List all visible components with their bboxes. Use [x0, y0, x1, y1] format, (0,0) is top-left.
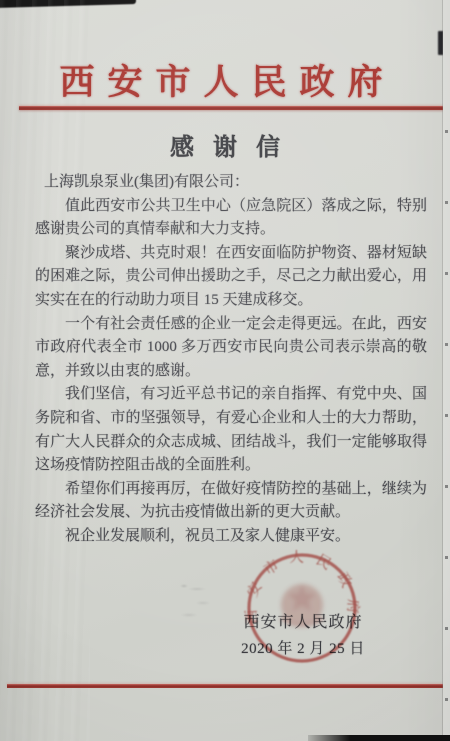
letter-paragraph: 希望你们再接再厉，在做好疫情防控的基础上，继续为经济社会发展、为抗击疫情做出新的… [35, 478, 427, 525]
photo-page-edge-right [442, 0, 450, 741]
national-emblem-icon [281, 584, 323, 626]
letter-paragraph: 一个有社会责任感的企业一定会走得更远。在此，西安市政府代表全市 1000 多万西… [35, 313, 427, 384]
letter-body-paragraphs: 值此西安市公共卫生中心（应急院区）落成之际，特别感谢贵公司的真情奉献和大力支持。… [35, 195, 427, 549]
recipient-line: 上海凯泉泵业(集团)有限公司： [35, 171, 427, 195]
letterhead-divider [19, 106, 445, 110]
letter-paragraph: 我们坚信，有习近平总书记的亲自指挥、有党中央、国务院和省、市的坚强领导，有爱心企… [35, 383, 427, 477]
letter-photo: 西安市人民政府 感谢信 上海凯泉泵业(集团)有限公司： 值此西安市公共卫生中心（… [0, 0, 450, 741]
photo-edge-artifact-bottom-right [308, 735, 450, 741]
faint-pencil-smudge [172, 578, 220, 624]
government-seal: 西安市人民政府 [217, 523, 387, 693]
letterhead-issuer-title: 西安市人民政府 [0, 55, 442, 105]
letter-title: 感谢信 [0, 127, 450, 162]
letter-paragraph: 聚沙成塔、共克时艰！在西安面临防护物资、器材短缺的困难之际，贵公司伸出援助之手，… [35, 242, 427, 313]
photo-edge-artifact-top-left [0, 0, 136, 8]
letter-body: 上海凯泉泵业(集团)有限公司： 值此西安市公共卫生中心（应急院区）落成之际，特别… [35, 171, 427, 549]
letter-paragraph: 值此西安市公共卫生中心（应急院区）落成之际，特别感谢贵公司的真情奉献和大力支持。 [35, 195, 427, 242]
